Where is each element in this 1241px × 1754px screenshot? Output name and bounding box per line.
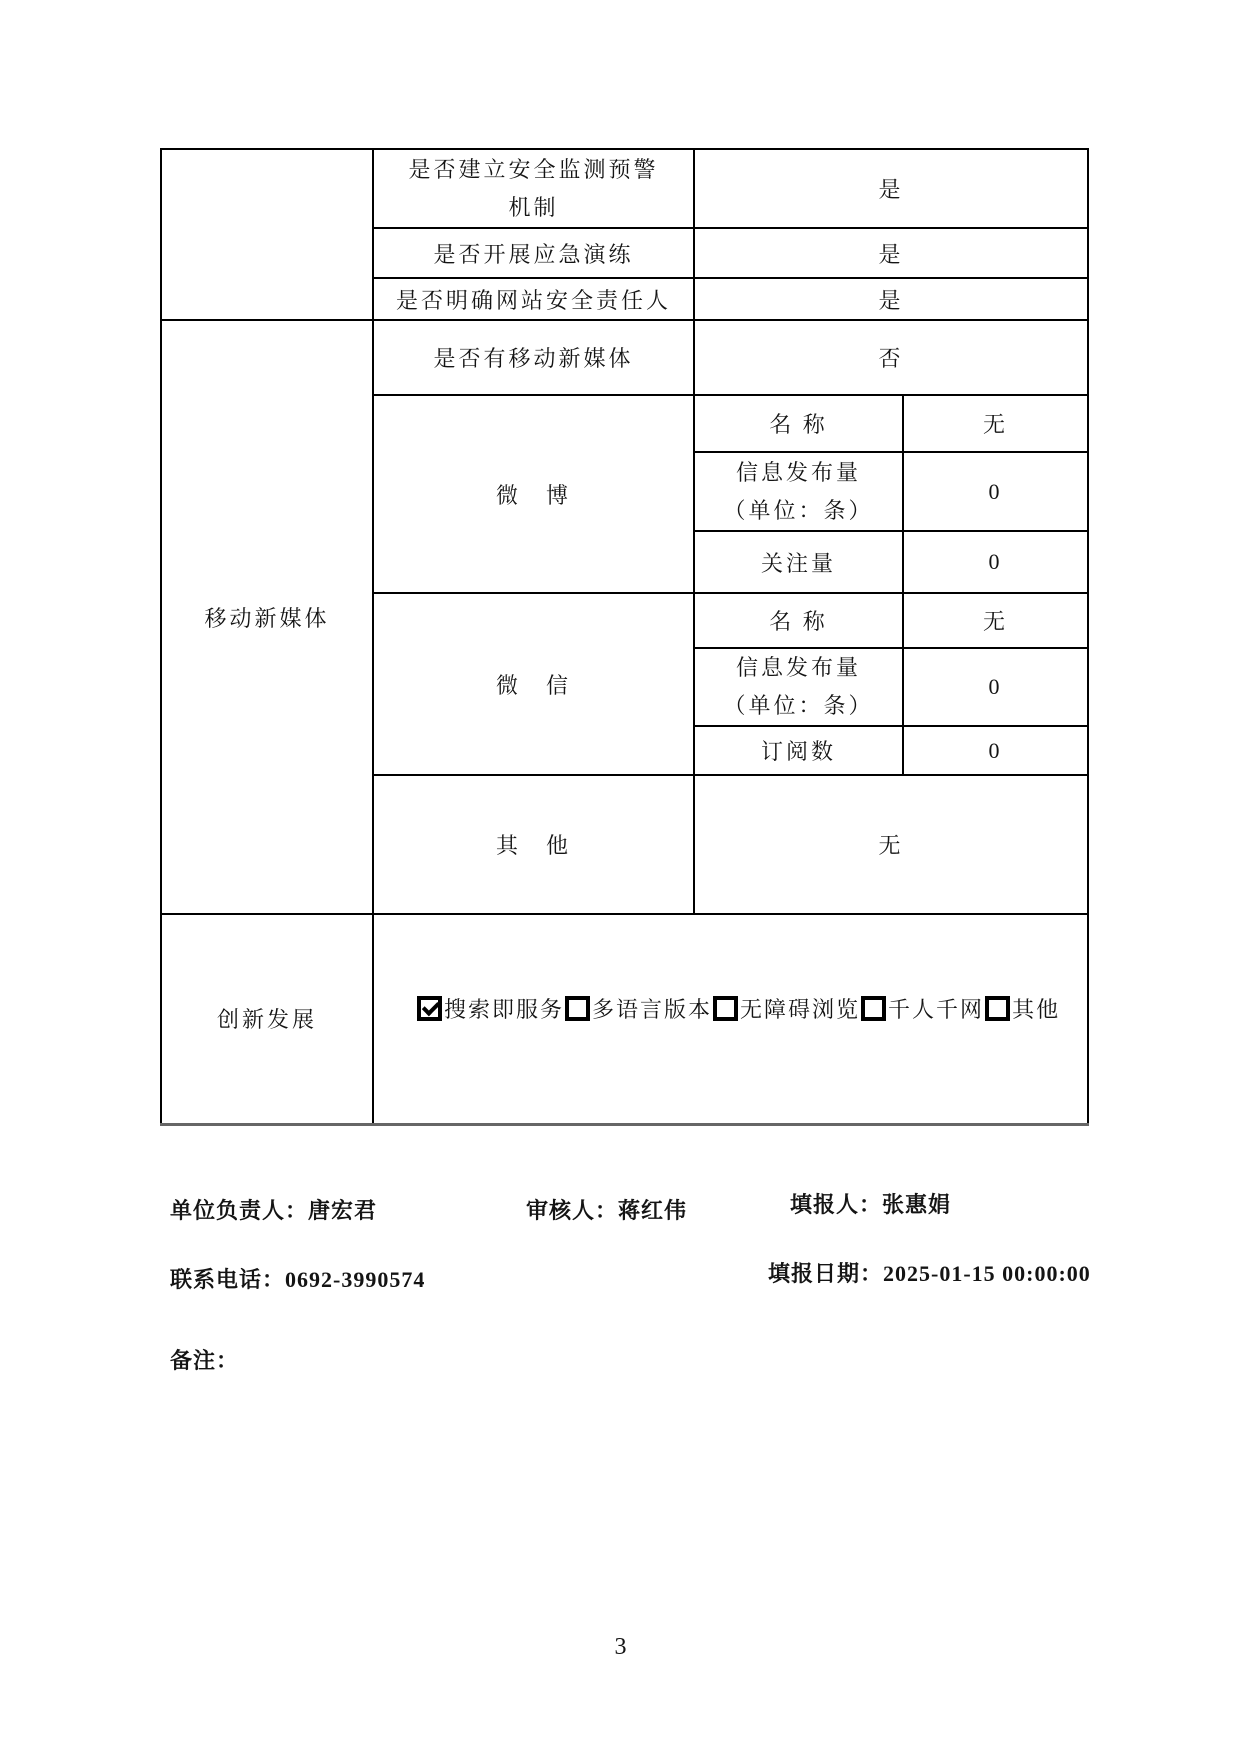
- reviewer-text: 审核人：蒋红伟: [526, 1194, 687, 1225]
- innovation-option-label: 搜索即服务: [444, 993, 564, 1024]
- other-media-value-cell: 无: [694, 775, 1088, 914]
- checkbox-icon[interactable]: [985, 996, 1010, 1021]
- report-page: 是否建立安全监测预警 机制 是 是否开展应急演练 是 是否明确网站安全责任人 是…: [0, 0, 1241, 1754]
- table-row: 是否建立安全监测预警 机制 是: [161, 149, 1088, 228]
- innovation-option-label: 其他: [1012, 993, 1060, 1024]
- answer-cell: 是: [694, 278, 1088, 320]
- field-label-cell: 信息发布量 （单位：条）: [694, 648, 903, 726]
- field-label-cell: 名 称: [694, 395, 903, 452]
- field-label-cell: 订阅数: [694, 726, 903, 775]
- field-label-cell: 名 称: [694, 593, 903, 648]
- answer-cell: 否: [694, 320, 1088, 395]
- innovation-options-line: 搜索即服务多语言版本无障碍浏览千人千网其他: [374, 993, 1087, 1024]
- field-value-cell: 无: [903, 395, 1088, 452]
- section-label-cell-empty: [161, 149, 373, 320]
- report-date-text: 填报日期：2025-01-15 00:00:00: [768, 1257, 1091, 1288]
- check-mark-icon: [422, 998, 440, 1016]
- question-line1: 是否建立安全监测预警: [374, 151, 693, 189]
- page-number: 3: [0, 1634, 1241, 1661]
- report-table: 是否建立安全监测预警 机制 是 是否开展应急演练 是 是否明确网站安全责任人 是…: [160, 148, 1089, 1126]
- question-cell: 是否开展应急演练: [373, 228, 694, 278]
- section-label-cell-mobile-media: 移动新媒体: [161, 320, 373, 914]
- question-line2: 机制: [374, 189, 693, 227]
- contact-phone-text: 联系电话：0692-3990574: [170, 1263, 425, 1294]
- question-cell: 是否建立安全监测预警 机制: [373, 149, 694, 228]
- field-label-line1: 信息发布量: [695, 649, 902, 687]
- innovation-option-label: 无障碍浏览: [740, 993, 860, 1024]
- field-label-line2: （单位：条）: [695, 687, 902, 725]
- field-label-cell: 信息发布量 （单位：条）: [694, 452, 903, 531]
- answer-cell: 是: [694, 149, 1088, 228]
- table-row: 移动新媒体 是否有移动新媒体 否: [161, 320, 1088, 395]
- checkbox-icon[interactable]: [861, 996, 886, 1021]
- question-cell: 是否明确网站安全责任人: [373, 278, 694, 320]
- field-label-line1: 信息发布量: [695, 454, 902, 492]
- checkbox-icon[interactable]: [713, 996, 738, 1021]
- checkbox-icon[interactable]: [565, 996, 590, 1021]
- field-value-cell: 0: [903, 531, 1088, 593]
- innovation-options-cell: 搜索即服务多语言版本无障碍浏览千人千网其他: [373, 914, 1088, 1124]
- innovation-option-label: 多语言版本: [592, 993, 712, 1024]
- checkbox-icon[interactable]: [417, 996, 442, 1021]
- answer-cell: 是: [694, 228, 1088, 278]
- unit-head-text: 单位负责人：唐宏君: [170, 1194, 377, 1225]
- field-value-cell: 0: [903, 726, 1088, 775]
- field-value-cell: 0: [903, 648, 1088, 726]
- innovation-option-label: 千人千网: [888, 993, 984, 1024]
- table-row: 创新发展 搜索即服务多语言版本无障碍浏览千人千网其他: [161, 914, 1088, 1124]
- field-value-cell: 0: [903, 452, 1088, 531]
- weibo-label-cell: 微 博: [373, 395, 694, 593]
- filler-text: 填报人：张惠娟: [790, 1188, 951, 1219]
- field-label-cell: 关注量: [694, 531, 903, 593]
- field-value-cell: 无: [903, 593, 1088, 648]
- section-label-cell-innovation: 创新发展: [161, 914, 373, 1124]
- weixin-label-cell: 微 信: [373, 593, 694, 775]
- other-media-label-cell: 其 他: [373, 775, 694, 914]
- question-cell: 是否有移动新媒体: [373, 320, 694, 395]
- remark-label: 备注：: [170, 1344, 239, 1375]
- field-label-line2: （单位：条）: [695, 492, 902, 530]
